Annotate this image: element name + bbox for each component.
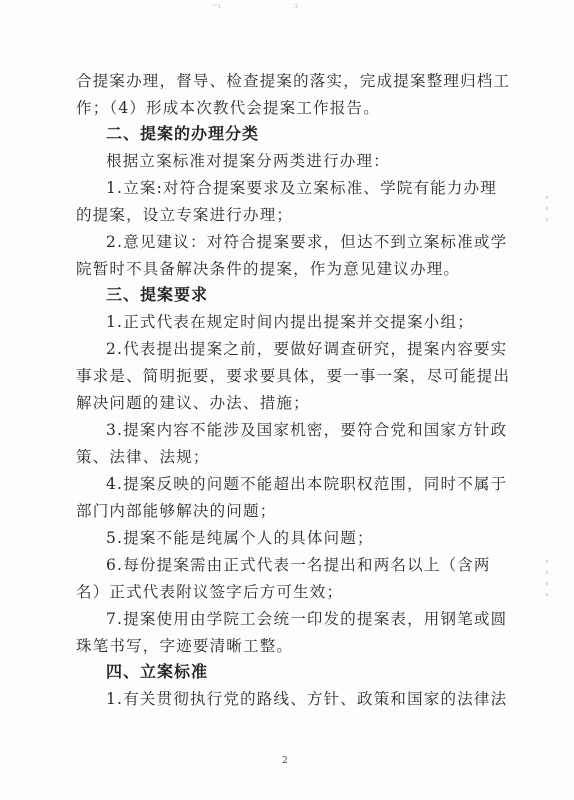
document-page: ′″¹ ·² 合提案办理，督导、检查提案的落实，完成提案整理归档工 作；（4）形… xyxy=(0,0,574,800)
body-text-line: 珠笔书写，字迹要清晰工整。 xyxy=(76,636,486,656)
body-text-line: 事求是、简明扼要，要求要具体，要一事一案，尽可能提出 xyxy=(76,366,486,386)
body-text-line: 解决问题的建议、办法、措施； xyxy=(76,393,486,413)
body-text-line: 1.立案:对符合提案要求及立案标准、学院有能力办理 xyxy=(106,178,486,198)
body-text-line: 5.提案不能是纯属个人的具体问题； xyxy=(106,528,486,548)
body-text-line: 名）正式代表附议签字后方可生效； xyxy=(76,582,486,602)
body-text-line: 的提案，设立专案进行办理； xyxy=(76,205,486,225)
body-text-line: 作；（4）形成本次教代会提案工作报告。 xyxy=(76,98,486,118)
body-text-line: 院暂时不具备解决条件的提案，作为意见建议办理。 xyxy=(76,259,486,279)
section-heading: 二、提案的办理分类 xyxy=(106,124,259,144)
page-number: 2 xyxy=(282,756,288,766)
body-text-line: 2.意见建议：对符合提案要求，但达不到立案标准或学 xyxy=(106,232,486,252)
body-text-line: 1.正式代表在规定时间内提出提案并交提案小组； xyxy=(106,312,486,332)
section-heading: 三、提案要求 xyxy=(106,285,208,305)
body-text-line: 合提案办理，督导、检查提案的落实，完成提案整理归档工 xyxy=(76,71,486,91)
body-text-line: 2.代表提出提案之前，要做好调查研究，提案内容要实 xyxy=(106,339,486,359)
body-text-line: 7.提案使用由学院工会统一印发的提案表，用钢笔或圆 xyxy=(106,609,486,629)
body-text-line: 根据立案标准对提案分两类进行办理： xyxy=(106,151,486,171)
section-heading: 四、立案标准 xyxy=(106,662,208,682)
scan-edge-dots xyxy=(546,196,548,229)
body-text-line: 1.有关贯彻执行党的路线、方针、政策和国家的法律法 xyxy=(106,689,486,709)
body-text-line: 策、法律、法规； xyxy=(76,447,486,467)
scan-artifact-mark: ′″¹ xyxy=(212,4,221,14)
body-text-line: 部门内部能够解决的问题； xyxy=(76,501,486,521)
scan-edge-dots xyxy=(546,560,548,604)
body-text-line: 4.提案反映的问题不能超出本院职权范围，同时不属于 xyxy=(106,474,486,494)
body-text-line: 6.每份提案需由正式代表一名提出和两名以上（含两 xyxy=(106,555,486,575)
body-text-line: 3.提案内容不能涉及国家机密，要符合党和国家方针政 xyxy=(106,420,486,440)
scan-artifact-mark: ·² xyxy=(292,4,298,14)
